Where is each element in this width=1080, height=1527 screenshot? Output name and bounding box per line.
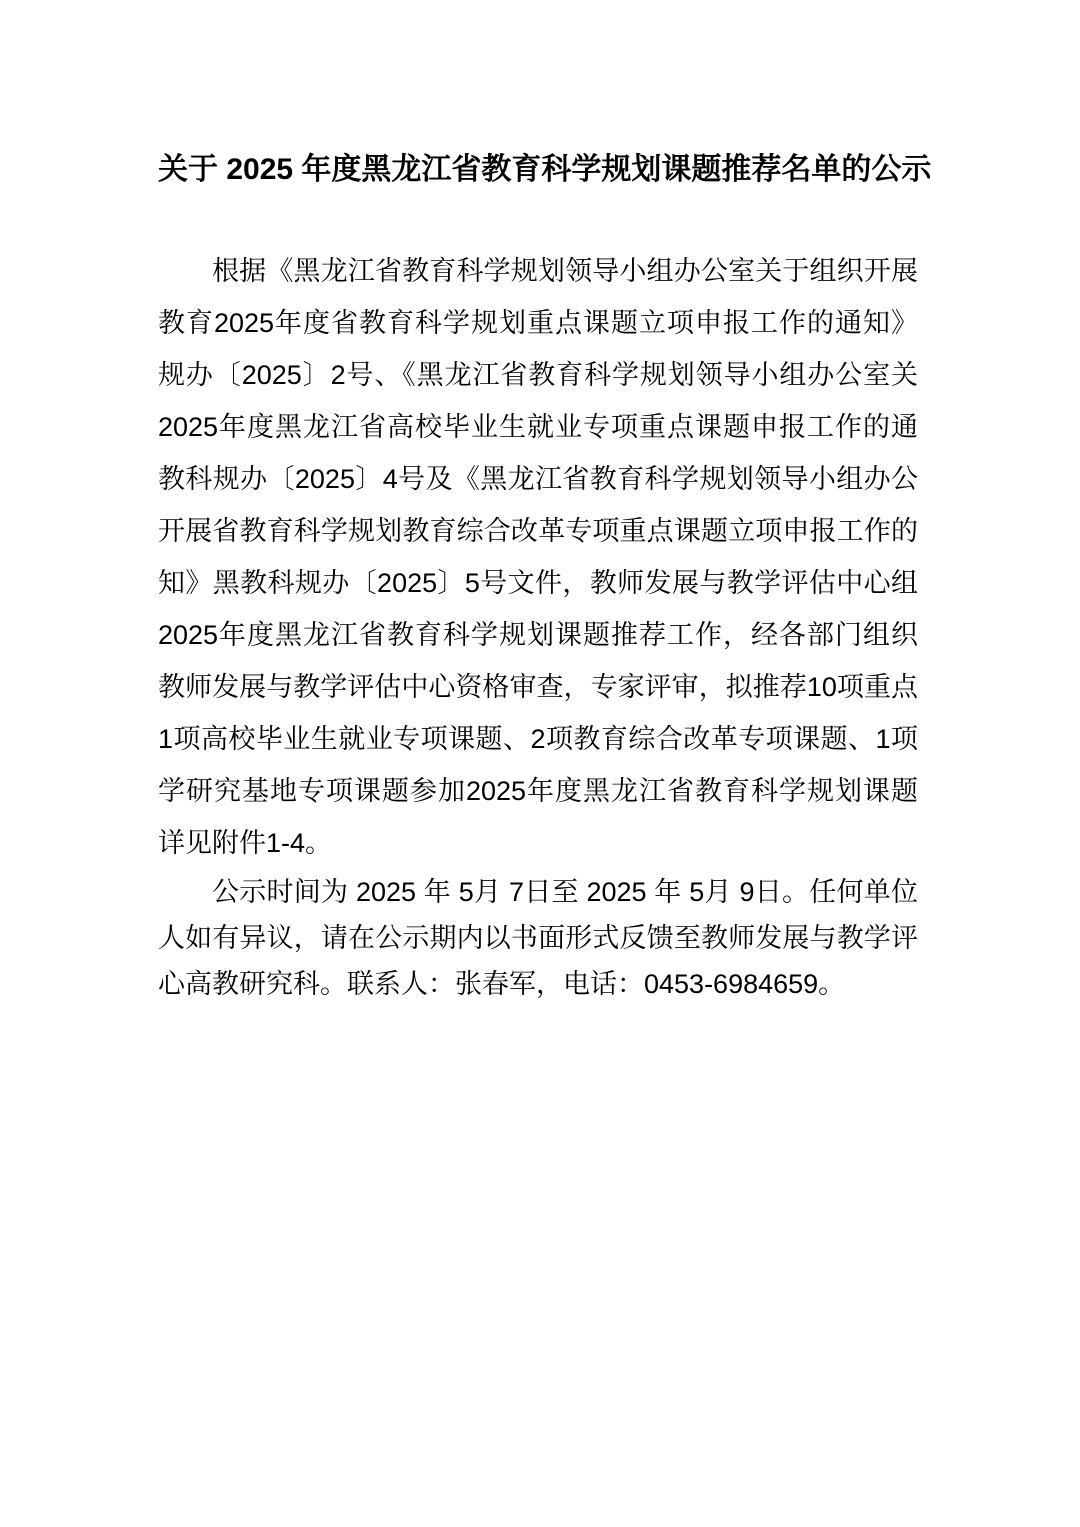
document-line: 2025年度黑龙江省高校毕业生就业专项重点课题申报工作的通知》黑: [158, 401, 918, 453]
document-line: 根据《黑龙江省教育科学规划领导小组办公室关于组织开展高等: [158, 245, 918, 297]
document-line: 学研究基地专项课题参加2025年度黑龙江省教育科学规划课题评选，: [158, 765, 918, 817]
paragraph-publicity-period: 公示时间为 2025 年 5月 7日至 2025 年 5月 9日。任何单位和个 …: [158, 869, 918, 1007]
document-line: 开展省教育科学规划教育综合改革专项重点课题立项申报工作的通: [158, 505, 918, 557]
document-line: 1项高校毕业生就业专项课题、2项教育综合改革专项课题、1项教育科: [158, 713, 918, 765]
document-line: 2025年度黑龙江省教育科学规划课题推荐工作，经各部门组织申报，: [158, 609, 918, 661]
document-line: 知》黑教科规办〔2025〕5号文件，教师发展与教学评估中心组织开展了: [158, 557, 918, 609]
document-page: 关于 2025 年度黑龙江省教育科学规划课题推荐名单的公示 根据《黑龙江省教育科…: [0, 0, 1080, 1527]
document-line: 心高教研究科。联系人：张春军，电话：0453-6984659。: [158, 961, 918, 1007]
document-title: 关于 2025 年度黑龙江省教育科学规划课题推荐名单的公示: [158, 148, 918, 192]
document-line: 教科规办〔2025〕4号及《黑龙江省教育科学规划领导小组办公室关于: [158, 453, 918, 505]
document-line: 详见附件1-4。: [158, 817, 918, 869]
paragraph-basis: 根据《黑龙江省教育科学规划领导小组办公室关于组织开展高等 教育2025年度省教育…: [158, 245, 918, 869]
document-line: 教师发展与教学评估中心资格审查，专家评审，拟推荐10项重点课题、: [158, 661, 918, 713]
document-line: 教育2025年度省教育科学规划重点课题立项申报工作的通知》黑教科: [158, 297, 918, 349]
document-line: 公示时间为 2025 年 5月 7日至 2025 年 5月 9日。任何单位和个: [158, 869, 918, 915]
document-line: 人如有异议，请在公示期内以书面形式反馈至教师发展与教学评估中: [158, 915, 918, 961]
document-line: 规办〔2025〕2号、《黑龙江省教育科学规划领导小组办公室关于开展: [158, 349, 918, 401]
document-body: 关于 2025 年度黑龙江省教育科学规划课题推荐名单的公示 根据《黑龙江省教育科…: [158, 148, 918, 1007]
